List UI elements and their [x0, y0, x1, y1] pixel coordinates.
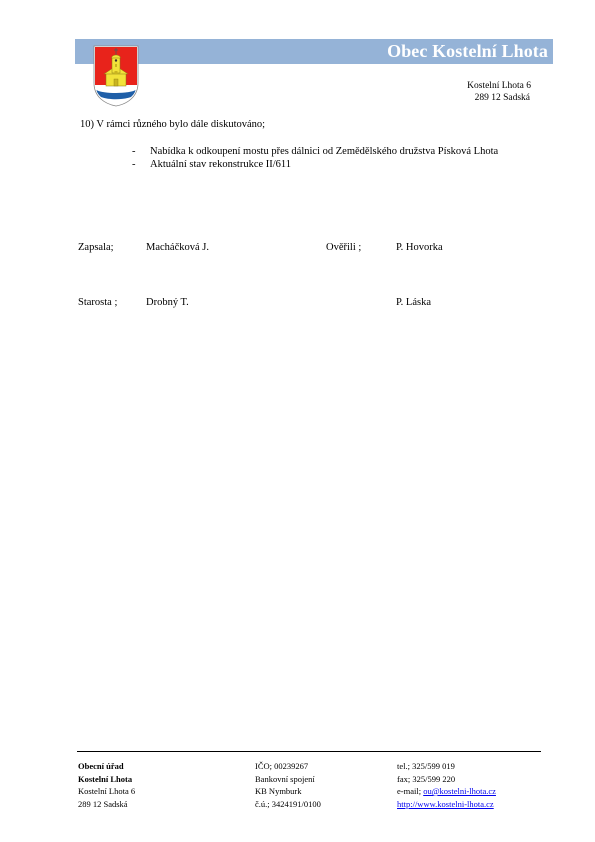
footer-email-row: e-mail; ou@kostelni-lhota.cz — [397, 785, 496, 798]
verified-by-name: P. Hovorka — [396, 242, 443, 253]
footer-divider — [77, 751, 541, 752]
footer-office-postcode: 289 12 Sadská — [78, 798, 135, 811]
list-item-text: Aktuální stav rekonstrukce II/611 — [150, 159, 291, 170]
list-item-text: Nabídka k odkoupení mostu přes dálnici o… — [150, 146, 498, 157]
list-item: - Aktuální stav rekonstrukce II/611 — [132, 158, 498, 171]
email-link[interactable]: ou@kostelni-lhota.cz — [423, 786, 496, 796]
bullet-dash: - — [132, 145, 136, 158]
footer-office-street: Kostelní Lhota 6 — [78, 785, 135, 798]
header-bar: Obec Kostelní Lhota — [75, 39, 553, 64]
bullet-dash: - — [132, 158, 136, 171]
mayor-label: Starosta ; — [78, 297, 117, 308]
verifier-second-name: P. Láska — [396, 297, 431, 308]
municipality-title: Obec Kostelní Lhota — [387, 41, 548, 62]
list-item: - Nabídka k odkoupení mostu přes dálnici… — [132, 145, 498, 158]
recorded-by-name: Macháčková J. — [146, 242, 209, 253]
verified-by-label: Ověřili ; — [326, 242, 361, 253]
footer-tel: tel.; 325/599 019 — [397, 760, 496, 773]
discussion-list: - Nabídka k odkoupení mostu přes dálnici… — [132, 145, 498, 171]
address-street: Kostelní Lhota 6 — [467, 80, 531, 92]
footer-office-municipality: Kostelní Lhota — [78, 773, 135, 786]
footer-email-label: e-mail; — [397, 786, 423, 796]
coat-of-arms-icon — [93, 45, 139, 107]
address-block: Kostelní Lhota 6 289 12 Sadská — [467, 80, 531, 104]
footer-contact: tel.; 325/599 019 fax; 325/599 220 e-mai… — [397, 760, 496, 810]
footer-account-number: č.ú.; 3424191/0100 — [255, 798, 321, 811]
website-link[interactable]: http://www.kostelni-lhota.cz — [397, 799, 494, 809]
discussion-heading: 10) V rámci různého bylo dále diskutován… — [80, 118, 265, 131]
footer-office-name: Obecní úřad — [78, 760, 135, 773]
footer-bank-name: KB Nymburk — [255, 785, 321, 798]
footer-fax: fax; 325/599 220 — [397, 773, 496, 786]
address-postcode-city: 289 12 Sadská — [467, 92, 531, 104]
footer-office: Obecní úřad Kostelní Lhota Kostelní Lhot… — [78, 760, 135, 810]
recorded-by-label: Zapsala; — [78, 242, 114, 253]
footer-bank: IČO; 00239267 Bankovní spojení KB Nymbur… — [255, 760, 321, 810]
footer-bank-label: Bankovní spojení — [255, 773, 321, 786]
mayor-name: Drobný T. — [146, 297, 189, 308]
footer-web-row: http://www.kostelni-lhota.cz — [397, 798, 496, 811]
footer-ico: IČO; 00239267 — [255, 760, 321, 773]
